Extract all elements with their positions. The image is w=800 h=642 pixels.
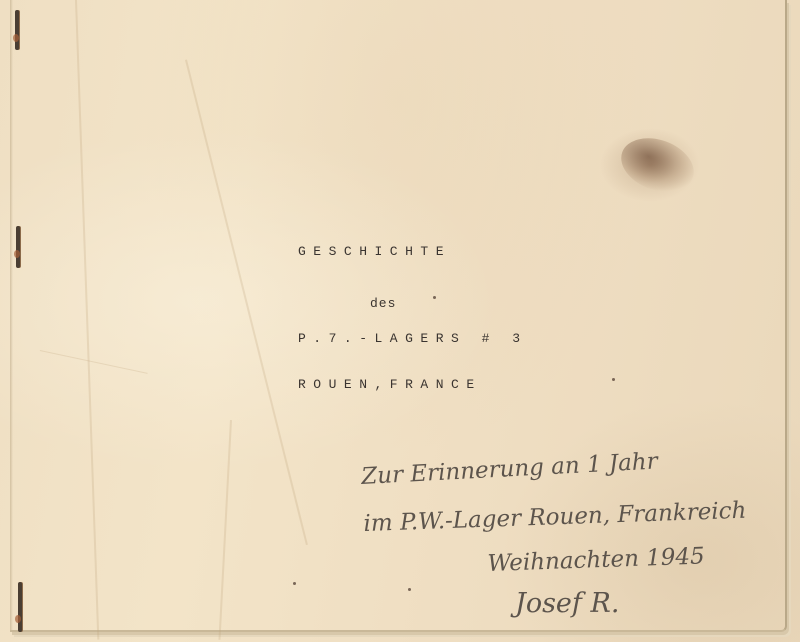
staple-bottom bbox=[18, 582, 22, 632]
speck bbox=[433, 296, 436, 299]
booklet-cover bbox=[10, 0, 787, 632]
staple-middle bbox=[16, 226, 20, 268]
document-page: GESCHICHTE des P.7.-LAGERS # 3 ROUEN,FRA… bbox=[0, 0, 800, 642]
speck bbox=[612, 378, 615, 381]
spine-edge bbox=[10, 0, 13, 630]
signature: Josef R. bbox=[515, 588, 619, 619]
title-line-geschichte: GESCHICHTE bbox=[298, 244, 451, 259]
speck bbox=[408, 588, 411, 591]
title-line-rouen: ROUEN,FRANCE bbox=[298, 377, 482, 392]
title-line-lager: P.7.-LAGERS # 3 bbox=[298, 331, 528, 346]
rust-spot bbox=[14, 250, 20, 258]
title-line-des: des bbox=[370, 296, 396, 311]
rust-spot bbox=[15, 615, 21, 623]
speck bbox=[293, 582, 296, 585]
rust-spot bbox=[13, 34, 19, 42]
staple-top bbox=[15, 10, 19, 50]
